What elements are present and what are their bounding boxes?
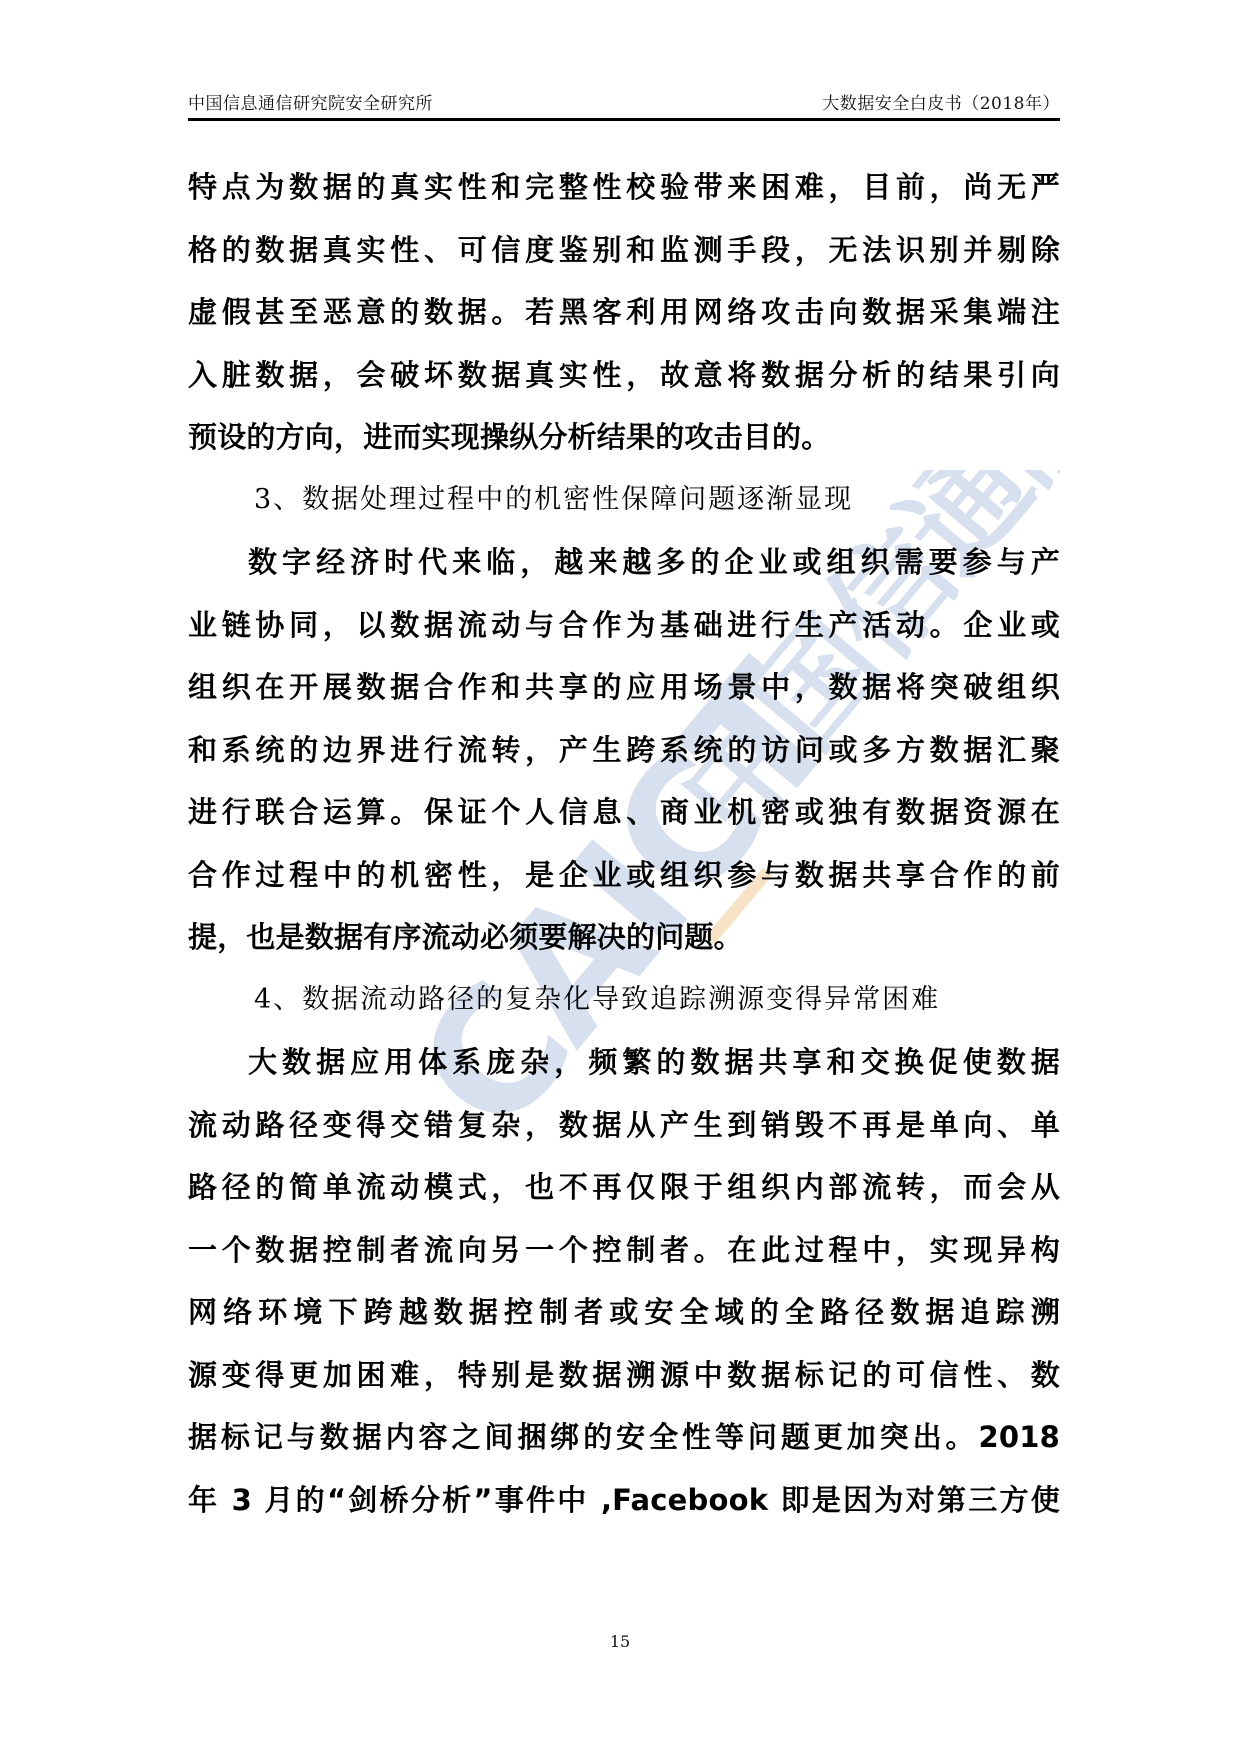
text-line: 业链协同，以数据流动与合作为基础进行生产活动。企业或 (188, 594, 1060, 657)
text-line: 年 3 月的“剑桥分析”事件中 ,Facebook 即是因为对第三方使 (188, 1469, 1060, 1532)
section-heading-4: 4、数据流动路径的复杂化导致追踪溯源变得异常困难 (188, 969, 1060, 1032)
text-line: 组织在开展数据合作和共享的应用场景中，数据将突破组织 (188, 656, 1060, 719)
section-heading-3: 3、数据处理过程中的机密性保障问题逐渐显现 (188, 469, 1060, 532)
text-line: 路径的简单流动模式，也不再仅限于组织内部流转，而会从 (188, 1156, 1060, 1219)
text-line: 流动路径变得交错复杂，数据从产生到销毁不再是单向、单 (188, 1094, 1060, 1157)
text-line: 提，也是数据有序流动必须要解决的问题。 (188, 906, 1060, 969)
text-line: 合作过程中的机密性，是企业或组织参与数据共享合作的前 (188, 844, 1060, 907)
text-line: 特点为数据的真实性和完整性校验带来困难，目前，尚无严 (188, 156, 1060, 219)
text-line: 源变得更加困难，特别是数据溯源中数据标记的可信性、数 (188, 1344, 1060, 1407)
text-line: 虚假甚至恶意的数据。若黑客利用网络攻击向数据采集端注 (188, 281, 1060, 344)
text-line: 和系统的边界进行流转，产生跨系统的访问或多方数据汇聚 (188, 719, 1060, 782)
text-line: 一个数据控制者流向另一个控制者。在此过程中，实现异构 (188, 1219, 1060, 1282)
text-line: 格的数据真实性、可信度鉴别和监测手段，无法识别并剔除 (188, 219, 1060, 282)
page-number: 15 (0, 1632, 1240, 1651)
header-org: 中国信息通信研究院安全研究所 (188, 89, 433, 114)
text-line: 入脏数据，会破坏数据真实性，故意将数据分析的结果引向 (188, 344, 1060, 407)
page-header: 中国信息通信研究院安全研究所 大数据安全白皮书（2018年） (188, 84, 1060, 114)
header-rule (188, 118, 1060, 121)
document-body: 特点为数据的真实性和完整性校验带来困难，目前，尚无严 格的数据真实性、可信度鉴别… (188, 156, 1060, 1531)
text-line: 进行联合运算。保证个人信息、商业机密或独有数据资源在 (188, 781, 1060, 844)
text-line: 大数据应用体系庞杂，频繁的数据共享和交换促使数据 (188, 1031, 1060, 1094)
text-line: 数字经济时代来临，越来越多的企业或组织需要参与产 (188, 531, 1060, 594)
text-line: 预设的方向，进而实现操纵分析结果的攻击目的。 (188, 406, 1060, 469)
header-doc-title: 大数据安全白皮书（2018年） (822, 89, 1060, 114)
text-line: 据标记与数据内容之间捆绑的安全性等问题更加突出。2018 (188, 1406, 1060, 1469)
text-line: 网络环境下跨越数据控制者或安全域的全路径数据追踪溯 (188, 1281, 1060, 1344)
